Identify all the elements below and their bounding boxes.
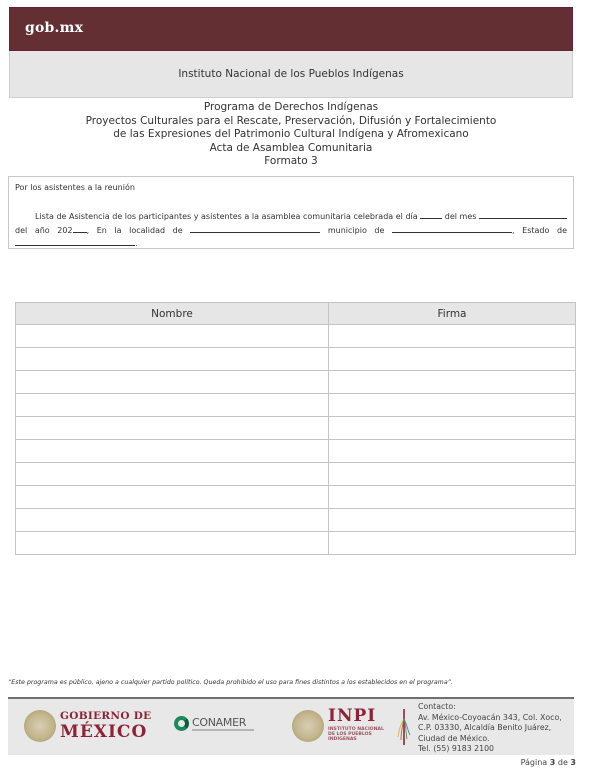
- gob-mx-header: gob.mx: [9, 7, 573, 51]
- table-row: [16, 325, 576, 348]
- firma-cell[interactable]: [329, 532, 576, 555]
- gobierno-de-mexico-logo: GOBIERNO DE MÉXICO: [60, 711, 151, 741]
- contact-address-line2: C.P. 03330, Alcaldía Benito Juárez,: [418, 723, 562, 734]
- table-row: [16, 348, 576, 371]
- conamer-subtitle: [192, 729, 254, 731]
- firma-cell[interactable]: [329, 440, 576, 463]
- intro-text-segment: del mes: [442, 212, 479, 221]
- intro-label: Por los asistentes a la reunión: [15, 183, 135, 192]
- conamer-mark-icon: [174, 716, 189, 731]
- inpi-logo: INPI INSTITUTO NACIONAL DE LOS PUEBLOS I…: [328, 708, 384, 743]
- intro-text-segment: municipio de: [320, 226, 392, 235]
- project-title-line2: de las Expresiones del Patrimonio Cultur…: [0, 128, 582, 142]
- project-title-line1: Proyectos Culturales para el Rescate, Pr…: [0, 115, 582, 129]
- table-row: [16, 509, 576, 532]
- firma-cell[interactable]: [329, 348, 576, 371]
- firma-cell[interactable]: [329, 371, 576, 394]
- attendance-table: Nombre Firma: [15, 302, 576, 555]
- page-total: 3: [570, 758, 576, 767]
- inpi-staff-icon: [397, 707, 411, 747]
- attendees-intro-box: Por los asistentes a la reunión Lista de…: [8, 176, 574, 249]
- intro-text-segment: , Estado de: [512, 226, 567, 235]
- table-row: [16, 394, 576, 417]
- table-row: [16, 532, 576, 555]
- table-row: [16, 486, 576, 509]
- nombre-cell[interactable]: [16, 463, 329, 486]
- nombre-cell[interactable]: [16, 532, 329, 555]
- column-header-nombre: Nombre: [16, 303, 329, 325]
- contact-info: Contacto: Av. México-Coyoacán 343, Col. …: [418, 702, 562, 755]
- footer-logos-strip: GOBIERNO DE MÉXICO CONAMER INPI INSTITUT…: [8, 699, 574, 755]
- contact-city: Ciudad de México.: [418, 734, 562, 745]
- inpi-subtitle-line: INDÍGENAS: [328, 737, 384, 742]
- nombre-cell[interactable]: [16, 348, 329, 371]
- firma-cell[interactable]: [329, 325, 576, 348]
- conamer-wordmark: CONAMER: [192, 716, 246, 729]
- intro-paragraph: Lista de Asistencia de los participantes…: [15, 210, 567, 251]
- table-row: [16, 417, 576, 440]
- gobierno-logo-line1: GOBIERNO DE: [60, 711, 151, 722]
- intro-text-segment: del año 202: [15, 226, 73, 235]
- page-separator: de: [555, 758, 570, 767]
- table-row: [16, 371, 576, 394]
- year-blank-field[interactable]: [73, 224, 87, 233]
- nombre-cell[interactable]: [16, 325, 329, 348]
- locality-blank-field[interactable]: [190, 224, 320, 233]
- table-header-row: Nombre Firma: [16, 303, 576, 325]
- inpi-wordmark: INPI: [328, 708, 384, 725]
- municipality-blank-field[interactable]: [392, 224, 512, 233]
- table-row: [16, 440, 576, 463]
- institution-name: Instituto Nacional de los Pueblos Indíge…: [178, 68, 403, 80]
- month-blank-field[interactable]: [479, 210, 567, 219]
- national-seal-icon: [24, 710, 56, 742]
- nombre-cell[interactable]: [16, 394, 329, 417]
- contact-address-line1: Av. México-Coyoacán 343, Col. Xoco,: [418, 713, 562, 724]
- attendance-table-body: [16, 325, 576, 555]
- document-type: Acta de Asamblea Comunitaria: [0, 142, 582, 156]
- day-blank-field[interactable]: [420, 210, 442, 219]
- firma-cell[interactable]: [329, 463, 576, 486]
- disclaimer: “Este programa es público, ajeno a cualq…: [8, 679, 453, 686]
- page-number: Página 3 de 3: [521, 758, 576, 767]
- institution-banner: Instituto Nacional de los Pueblos Indíge…: [9, 51, 573, 98]
- nombre-cell[interactable]: [16, 417, 329, 440]
- nombre-cell[interactable]: [16, 509, 329, 532]
- column-header-firma: Firma: [329, 303, 576, 325]
- program-title: Programa de Derechos Indígenas: [0, 101, 582, 115]
- format-number: Formato 3: [0, 155, 582, 169]
- firma-cell[interactable]: [329, 394, 576, 417]
- nombre-cell[interactable]: [16, 371, 329, 394]
- page-prefix: Página: [521, 758, 550, 767]
- contact-phone: Tel. (55) 9183 2100: [418, 744, 562, 755]
- gob-mx-logo[interactable]: gob.mx: [25, 20, 83, 36]
- table-row: [16, 463, 576, 486]
- nombre-cell[interactable]: [16, 440, 329, 463]
- firma-cell[interactable]: [329, 509, 576, 532]
- gobierno-logo-line2: MÉXICO: [60, 724, 151, 741]
- contact-label: Contacto:: [418, 702, 562, 713]
- state-blank-field[interactable]: [15, 237, 135, 246]
- intro-text-segment: .: [135, 239, 138, 248]
- inpi-seal-icon: [292, 710, 324, 742]
- firma-cell[interactable]: [329, 486, 576, 509]
- inpi-subtitle: INSTITUTO NACIONAL DE LOS PUEBLOS INDÍGE…: [328, 727, 384, 743]
- intro-text-segment: , En la localidad de: [87, 226, 191, 235]
- firma-cell[interactable]: [329, 417, 576, 440]
- intro-text-segment: Lista de Asistencia de los participantes…: [35, 212, 420, 221]
- document-titles: Programa de Derechos Indígenas Proyectos…: [0, 101, 582, 169]
- nombre-cell[interactable]: [16, 486, 329, 509]
